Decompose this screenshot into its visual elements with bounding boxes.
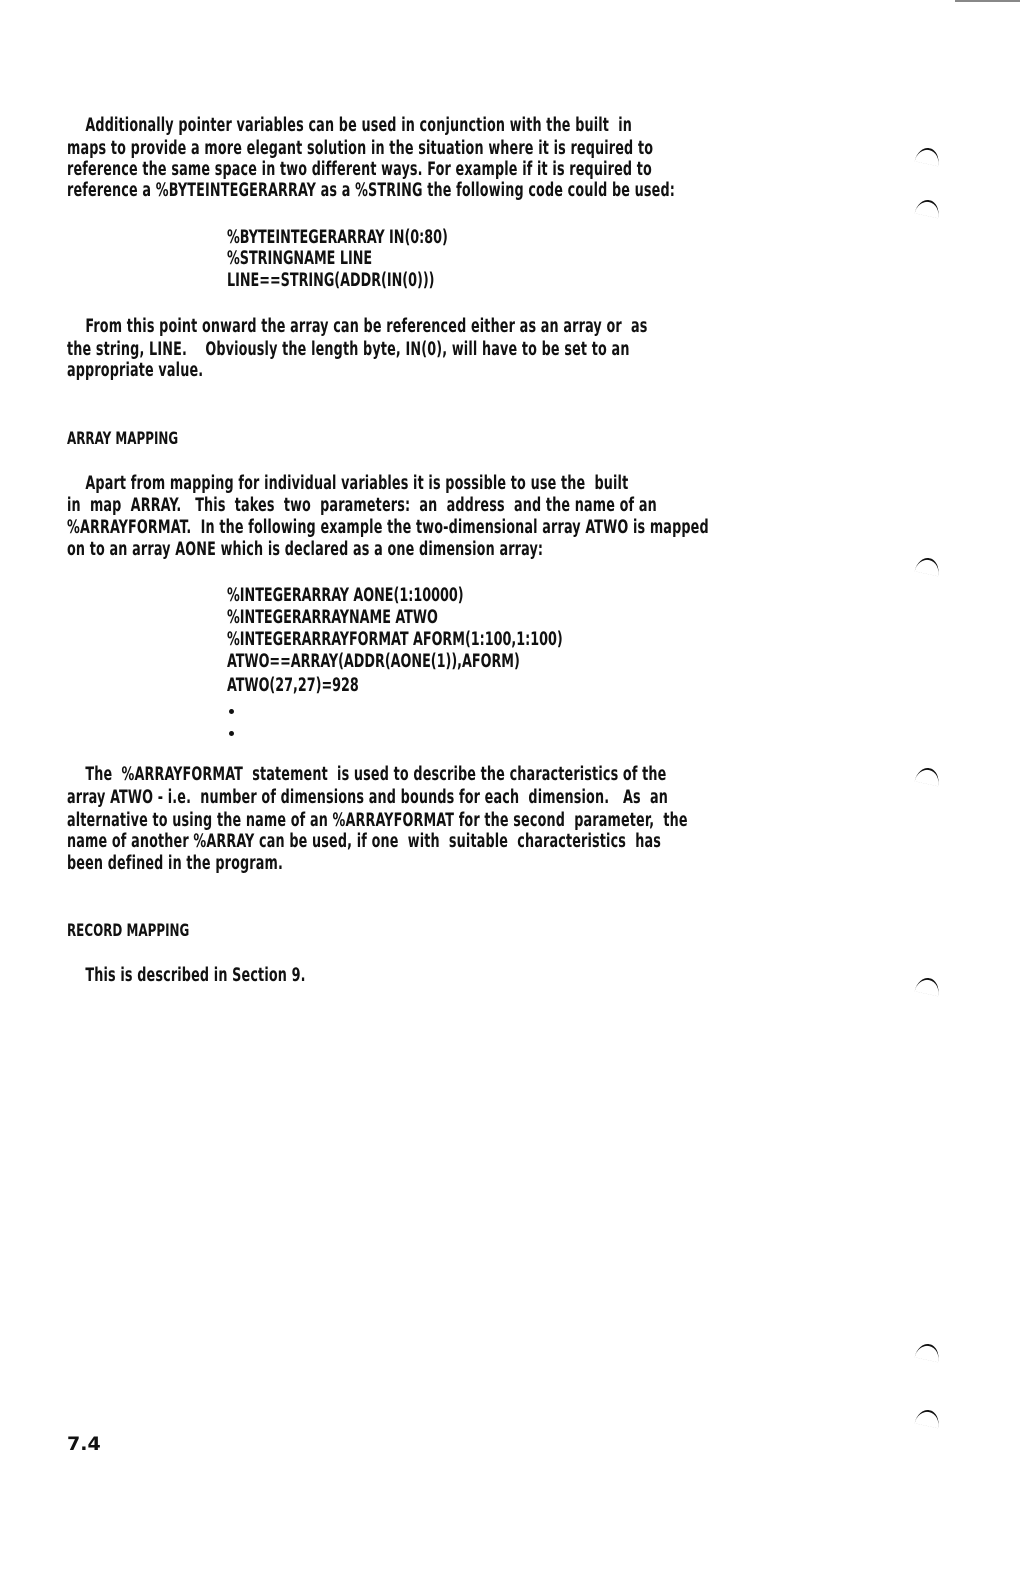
code-line: ATWO==ARRAY(ADDR(AONE(1)),AFORM) (227, 651, 520, 673)
binder-hole-mark-icon (915, 1408, 942, 1429)
section-heading-record-mapping: RECORD MAPPING (67, 920, 189, 942)
paragraph-line: The %ARRAYFORMAT statement is used to de… (67, 764, 666, 786)
binder-hole-mark-icon (915, 976, 942, 997)
paragraph-line: in map ARRAY. This takes two parameters:… (67, 495, 657, 517)
paragraph-line: %ARRAYFORMAT. In the following example t… (67, 517, 709, 539)
continuation-dot (229, 731, 234, 736)
paragraph-line: on to an array AONE which is declared as… (67, 539, 543, 561)
binder-hole-mark-icon (915, 1342, 942, 1363)
code-line: %INTEGERARRAYFORMAT AFORM(1:100,1:100) (227, 629, 563, 651)
paragraph-line: reference a %BYTEINTEGERARRAY as a %STRI… (67, 180, 675, 202)
paragraph-line: From this point onward the array can be … (67, 316, 648, 338)
section-heading-array-mapping: ARRAY MAPPING (67, 428, 178, 450)
document-page: Additionally pointer variables can be us… (0, 0, 1020, 1591)
paragraph-line: appropriate value. (67, 360, 203, 382)
code-line: %BYTEINTEGERARRAY IN(0:80) (227, 227, 448, 249)
continuation-dot (229, 709, 234, 714)
page-number: 7.4 (67, 1433, 101, 1455)
binder-hole-mark-icon (915, 766, 942, 787)
paragraph-line: the string, LINE. Obviously the length b… (67, 339, 630, 361)
paragraph-line: name of another %ARRAY can be used, if o… (67, 831, 661, 853)
code-line: LINE==STRING(ADDR(IN(0))) (227, 270, 435, 292)
code-line: %STRINGNAME LINE (227, 248, 372, 270)
paragraph-line: reference the same space in two differen… (67, 159, 652, 181)
paragraph-line: array ATWO - i.e. number of dimensions a… (67, 787, 668, 809)
code-line: %INTEGERARRAY AONE(1:10000) (227, 585, 464, 607)
paragraph-line: maps to provide a more elegant solution … (67, 138, 653, 160)
paragraph-line: This is described in Section 9. (67, 965, 306, 987)
paragraph-line: been defined in the program. (67, 853, 283, 875)
scan-edge-rule (955, 0, 1020, 2)
paragraph-line: alternative to using the name of an %ARR… (67, 810, 688, 832)
paragraph-line: Apart from mapping for individual variab… (67, 473, 628, 495)
code-line: ATWO(27,27)=928 (227, 675, 359, 697)
binder-hole-mark-icon (915, 198, 942, 219)
code-line: %INTEGERARRAYNAME ATWO (227, 607, 438, 629)
binder-hole-mark-icon (915, 556, 942, 577)
paragraph-line: Additionally pointer variables can be us… (67, 115, 632, 137)
binder-hole-mark-icon (915, 146, 942, 167)
